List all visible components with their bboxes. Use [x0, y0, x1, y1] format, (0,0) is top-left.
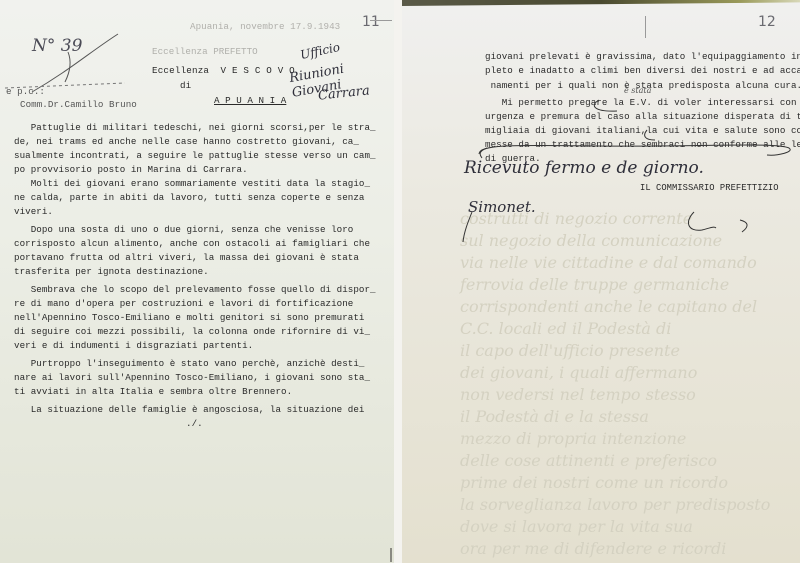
- bleed-line: non vedersi nel tempo stesso: [460, 384, 780, 406]
- page-gutter: [394, 0, 402, 563]
- recipient-line-3: A P U A N I A: [214, 94, 286, 107]
- bleed-line: mezzo di propria intenzione: [460, 428, 780, 450]
- body-line: pleto e inadatto a climi ben diversi dei…: [485, 64, 800, 77]
- bleed-line: delle cose attinenti e preferisco: [460, 450, 780, 472]
- body-line: Dopo una sosta di uno o due giorni, senz…: [14, 223, 353, 236]
- cc-line-2: Comm.Dr.Camillo Bruno: [20, 98, 137, 111]
- body-line: sualmente incontrati, a seguire le pattu…: [14, 149, 376, 162]
- bleed-line: dove si lavora per la vita sua: [460, 516, 780, 538]
- handwritten-stroke: [460, 210, 480, 246]
- bleed-line: C.C. locali ed il Podestà di: [460, 318, 780, 340]
- edge-mark: [390, 548, 392, 562]
- edge-mark: [370, 20, 392, 21]
- body-line: corrisposto alcun alimento, anche con os…: [14, 237, 370, 250]
- body-line: Sembrava che lo scopo del prelevamento f…: [14, 283, 376, 296]
- handwritten-note-1: Ufficio: [299, 40, 341, 62]
- body-line: La situazione delle famiglie è angoscios…: [14, 403, 365, 416]
- bleed-line: prime dei nostri come un ricordo: [460, 472, 780, 494]
- body-line: Purtroppo l'inseguimento è stato vano pe…: [14, 357, 365, 370]
- body-line: nell'Apennino Tosco-Emiliano e molti gen…: [14, 311, 365, 324]
- right-page: costrutti di negozio corrente sul negozi…: [402, 0, 800, 563]
- body-line: ti avviati in alta Italia e sembra oltre…: [14, 385, 292, 398]
- bleed-line: ora per me di difendere e ricordi: [460, 538, 780, 560]
- body-line: trasferita per ignota destinazione.: [14, 265, 209, 278]
- body-line: viveri.: [14, 205, 53, 218]
- body-line: giovani prelevati è gravissima, dato l'e…: [485, 50, 800, 63]
- body-line: veri e di indumenti i disgraziati parten…: [14, 339, 253, 352]
- bleed-line: ferrovia delle truppe germaniche: [460, 274, 780, 296]
- bleed-through-text: costrutti di negozio corrente sul negozi…: [460, 208, 780, 560]
- bleed-line: via nelle vie cittadine e dal comando: [460, 252, 780, 274]
- body-line: de, nei trams ed anche nelle case hanno …: [14, 135, 359, 148]
- header-faint-line: Eccellenza PREFETTO: [152, 45, 258, 58]
- edge-mark: [645, 16, 646, 38]
- page-number-right: 12: [758, 14, 776, 30]
- bleed-line: corrispondenti anche le capitano del: [460, 296, 780, 318]
- page-number-left: 11: [362, 14, 380, 30]
- handwritten-closing: Ricevuto fermo e de giorno.: [464, 158, 704, 178]
- left-page: Apuania, novembre 17.9.1943 11 N° 39 Ecc…: [0, 0, 394, 563]
- recipient-line-2: di: [180, 79, 191, 92]
- body-line: re di mano d'opera per costruzioni e lav…: [14, 297, 353, 310]
- cc-line-1: e p.c.:: [6, 85, 45, 98]
- continuation-mark: ./.: [186, 417, 203, 430]
- date-line: Apuania, novembre 17.9.1943: [190, 20, 340, 33]
- body-line: Molti dei giovani erano sommariamente ve…: [14, 177, 370, 190]
- bleed-line: dei giovani, i quali affermano: [460, 362, 780, 384]
- body-line: Pattuglie di militari tedeschi, nei gior…: [14, 121, 376, 134]
- body-line: ne calda, parte in abiti da lavoro, tutt…: [14, 191, 365, 204]
- bleed-line: il capo dell'ufficio presente: [460, 340, 780, 362]
- handwritten-signature: [680, 208, 770, 244]
- body-line: nare ai lavori sull'Apennino Tosco-Emili…: [14, 371, 370, 384]
- body-line: po provvisorio posto in Marina di Carrar…: [14, 163, 248, 176]
- interlinear-correction: è stata: [624, 86, 651, 95]
- ink-underline-marks: [477, 96, 797, 162]
- body-line: di seguire coi mezzi possibili, la colon…: [14, 325, 370, 338]
- signature-title: IL COMMISSARIO PREFETTIZIO: [640, 182, 779, 195]
- recipient-line-1: Eccellenza V E S C O V O: [152, 64, 295, 77]
- bleed-line: il Podestà di e la stessa: [460, 406, 780, 428]
- body-line: portavano frutta od altri viveri, la mas…: [14, 251, 359, 264]
- bleed-line: la sorveglianza lavoro per predisposto: [460, 494, 780, 516]
